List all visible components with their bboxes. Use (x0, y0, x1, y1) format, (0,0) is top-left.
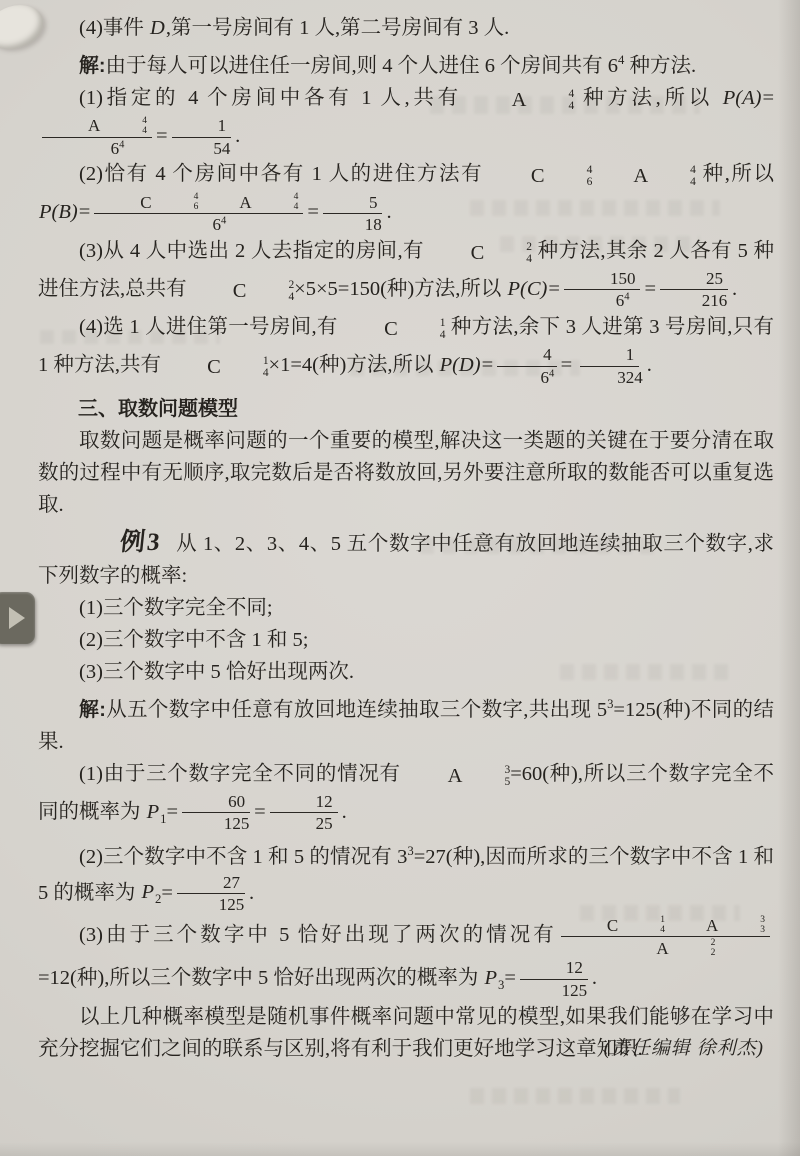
math-power: 64 (575, 291, 630, 311)
math-supsub: C14 (343, 313, 445, 345)
text-run: . (342, 801, 347, 823)
math-fraction: 25216 (660, 269, 728, 311)
text-run: = (167, 801, 179, 823)
paragraph: 取数问题是概率问题的一个重要的模型,解决这一类题的关键在于要分清在取数的过程中有… (38, 425, 774, 521)
math-variable: P(B) (38, 201, 79, 223)
math-fraction: 12125 (520, 958, 588, 1000)
math-base: P (146, 801, 161, 823)
math-base: A (198, 193, 251, 213)
math-supsub: C46 (490, 160, 592, 192)
math-subscript: 4 (485, 253, 532, 265)
math-superscript: 4 (101, 116, 147, 126)
fraction-denominator: 54 (172, 138, 230, 159)
math-supsub: C14 (566, 915, 665, 935)
math-fraction: 464 (497, 345, 557, 387)
fraction-numerator: 60 (182, 792, 250, 814)
page-bottom-shadow (0, 1142, 800, 1156)
fraction-numerator: 27 (177, 873, 245, 895)
math-base: 6 (540, 368, 549, 387)
math-supsub: A44 (198, 192, 298, 212)
text-run: 种,所以 (696, 163, 774, 185)
text-run: . (249, 881, 254, 903)
fraction-denominator: 125 (521, 980, 588, 1001)
math-base: A (592, 160, 648, 192)
text-run: = (307, 201, 319, 223)
math-supsub: C24 (430, 237, 532, 269)
math-superscript: 4 (527, 88, 574, 100)
text-run: 从五个数字中任意有放回地连续抽取三个数字,共出现 (106, 699, 597, 721)
fraction-numerator: C14A33 (561, 915, 770, 937)
text-run: =12(种),所以三个数字中 5 恰好出现两次的概率为 (38, 967, 483, 989)
text-run: . (386, 201, 391, 223)
math-base: C (566, 916, 618, 936)
math-superscript: 4 (119, 139, 124, 150)
math-subscript: 4 (649, 176, 696, 188)
math-supsub: A35 (407, 760, 511, 792)
text-run: 由于每人可以进住任一房间,则 4 个人进住 6 个房间共有 (106, 55, 608, 77)
text-run: 324 (576, 368, 643, 388)
paragraph: (2)三个数字中不含 1 和 5 的情况有 33=27(种),因而所求的三个数字… (38, 835, 774, 916)
text-run: 1 (177, 116, 227, 136)
math-superscript: 4 (546, 164, 593, 176)
math-subscript: 6 (153, 202, 199, 212)
math-superscript: 3 (463, 764, 510, 776)
math-subscript: 4 (399, 329, 446, 341)
text-run: = (548, 278, 560, 300)
math-base: A (47, 116, 100, 136)
math-subscripted: P1 (146, 801, 167, 823)
math-subscript: 4 (222, 367, 269, 379)
math-subscript: 3 (719, 925, 765, 935)
fraction-numerator: 25 (660, 269, 728, 291)
math-fraction: 60125 (182, 792, 250, 834)
text-run: 12 (275, 792, 333, 812)
paragraph: (1)指定的 4 个房间中各有 1 人,共有 A44 种方法,所以 P(A)=A… (38, 82, 774, 159)
text-run: 三、取数问题模型 (78, 398, 238, 420)
paragraph: 解:由于每人可以进住任一房间,则 4 个人进住 6 个房间共有 64 种方法. (38, 44, 774, 82)
supsub-column: 44 (101, 116, 147, 136)
math-variable: D (149, 17, 166, 39)
math-supsub: A33 (665, 915, 765, 935)
fraction-numerator: 1 (580, 345, 640, 367)
math-variable: P(D) (439, 354, 482, 376)
text-run: ×5×5=150(种)方法,所以 (294, 278, 506, 300)
text-run: = (156, 125, 168, 147)
fraction-denominator: 64 (70, 138, 125, 159)
math-base: C (99, 193, 151, 213)
text-run: . (235, 125, 240, 147)
math-power: 64 (171, 215, 226, 235)
supsub-column: 14 (222, 355, 269, 379)
math-base: 6 (111, 139, 120, 158)
math-supsub: A44 (471, 84, 575, 116)
math-superscript: 4 (221, 216, 226, 227)
math-subscript: 2 (670, 948, 716, 958)
fraction-denominator: A22 (615, 937, 715, 958)
math-subscript: 4 (253, 202, 299, 212)
paragraph: 解:从五个数字中任意有放回地连续抽取三个数字,共出现 53=125(种)不同的结… (38, 688, 774, 758)
math-variable: P(A) (722, 87, 763, 109)
math-fraction: 154 (172, 116, 232, 158)
fraction-denominator: 324 (576, 367, 643, 388)
text-run: 取数问题是概率问题的一个重要的模型,解决这一类题的关键在于要分清在取数的过程中有… (38, 430, 774, 516)
text-run: . (592, 967, 597, 989)
math-supsub: C24 (192, 275, 294, 307)
math-base: C (343, 313, 398, 345)
supsub-column: 46 (546, 164, 593, 188)
supsub-column: 24 (247, 279, 294, 303)
text-run: 216 (661, 291, 728, 311)
math-superscript: 4 (253, 192, 299, 202)
text-run: 5 (328, 193, 378, 213)
text-run: (2)三个数字中不含 1 和 5 的情况有 (79, 846, 397, 868)
math-superscript: 1 (399, 317, 446, 329)
math-subscript: 4 (101, 126, 147, 136)
text-run: (4)选 1 人进住第一号房间,有 (79, 316, 343, 338)
math-superscript: 2 (247, 279, 294, 291)
text-run: 种方法. (624, 55, 696, 77)
math-supsub: C46 (99, 192, 198, 212)
math-supsub: A22 (615, 938, 715, 958)
math-fraction: 1324 (576, 345, 643, 387)
text-run: = (762, 87, 774, 109)
paragraphs: (4)事件 D,第一号房间有 1 人,第二号房间有 3 人.解:由于每人可以进住… (38, 12, 774, 1065)
math-supsub: A44 (592, 160, 696, 192)
math-power: 53 (597, 699, 614, 721)
supsub-column: 44 (253, 192, 299, 212)
math-base: C (192, 275, 247, 307)
math-superscript: 2 (670, 938, 716, 948)
side-marker-icon (0, 592, 35, 644)
supsub-column: 35 (463, 764, 510, 788)
math-subscript: 4 (247, 291, 294, 303)
text-run: (3)由于三个数字中 5 恰好出现了两次的情况有 (79, 925, 557, 947)
math-subscripted: P3 (483, 967, 504, 989)
paragraph: (1)由于三个数字完全不同的情况有 A35=60(种),所以三个数字完全不同的概… (38, 758, 774, 835)
text-run: (1)由于三个数字完全不同的情况有 (79, 763, 407, 785)
math-superscript: 4 (549, 368, 554, 379)
text-run: (3)从 4 人中选出 2 人去指定的房间,有 (79, 240, 430, 262)
fraction-numerator: 150 (564, 269, 641, 291)
text-run: 125 (183, 814, 250, 834)
text-run: . (732, 278, 737, 300)
math-power: 64 (70, 139, 125, 159)
fraction-denominator: 216 (661, 290, 728, 311)
supsub-column: 24 (485, 241, 532, 265)
math-fraction: 518 (323, 193, 383, 235)
math-base: 6 (212, 215, 221, 234)
text-run: = (254, 801, 266, 823)
bold-text-run: 解: (79, 699, 106, 721)
text-run: = (79, 201, 91, 223)
math-subscript: 4 (619, 925, 665, 935)
supsub-column: 14 (399, 317, 446, 341)
text-run: (4)事件 (79, 17, 149, 39)
text-run: 25 (665, 269, 723, 289)
page-edge-shadow (778, 0, 800, 1156)
text-run: 25 (275, 814, 333, 834)
text-run: 1 (585, 345, 635, 365)
text-run: . (647, 354, 652, 376)
supsub-column: 33 (719, 915, 765, 935)
math-base: C (490, 160, 545, 192)
paragraph: (2)恰有 4 个房间中各有 1 人的进住方法有 C46A44 种,所以 P(B… (38, 158, 774, 235)
text-run: 种方法,所以 (574, 87, 722, 109)
text-run: = (482, 354, 494, 376)
math-superscript: 4 (649, 164, 696, 176)
text-run: 18 (324, 215, 382, 235)
supsub-column: 44 (527, 88, 574, 112)
paragraph: (3)从 4 人中选出 2 人去指定的房间,有 C24 种方法,其余 2 人各有… (38, 235, 774, 311)
bleedthrough-artifact (470, 1088, 680, 1104)
supsub-column: 46 (153, 192, 199, 212)
text-run: (1)指定的 4 个房间中各有 1 人,共有 (79, 87, 471, 109)
paragraph: (1)三个数字完全不同; (38, 592, 774, 624)
math-superscript: 1 (619, 915, 665, 925)
text-run: (3)三个数字中 5 恰好出现两次. (79, 661, 354, 683)
math-base: A (615, 939, 668, 959)
fraction-numerator: A44 (42, 116, 152, 138)
text-run: 125 (178, 895, 245, 915)
text-run: = (561, 354, 573, 376)
fraction-denominator: 125 (183, 813, 250, 834)
text-run: 54 (172, 139, 230, 159)
fraction-numerator: 1 (172, 116, 232, 138)
fraction-denominator: 25 (275, 813, 333, 834)
math-superscript: 1 (222, 355, 269, 367)
text-run: 4 (502, 345, 552, 365)
math-superscript: 3 (719, 915, 765, 925)
fraction-denominator: 125 (178, 894, 245, 915)
example-label: 例3 (77, 527, 163, 559)
bold-text-run: 解: (79, 55, 106, 77)
math-base: P (141, 881, 156, 903)
text-run: 12 (525, 958, 583, 978)
math-subscript: 5 (463, 776, 510, 788)
text-run: (2)恰有 4 个房间中各有 1 人的进住方法有 (79, 163, 490, 185)
fraction-denominator: 64 (575, 290, 630, 311)
math-fraction: 1225 (270, 792, 338, 834)
supsub-column: 44 (649, 164, 696, 188)
paragraph: (4)事件 D,第一号房间有 1 人,第二号房间有 3 人. (38, 12, 774, 44)
supsub-column: 14 (619, 915, 665, 935)
paragraph: (4)选 1 人进住第一号房间,有 C14 种方法,余下 3 人进第 3 号房间… (38, 311, 774, 387)
fraction-denominator: 64 (499, 367, 554, 388)
math-base: A (471, 84, 527, 116)
math-subscript: 4 (527, 100, 574, 112)
text-run: = (644, 278, 656, 300)
math-base: C (166, 351, 221, 383)
text-run: 125 (521, 981, 588, 1001)
math-fraction: 27125 (177, 873, 245, 915)
text-run: 150 (569, 269, 636, 289)
math-subscripted: P2 (141, 881, 162, 903)
math-variable: P(C) (507, 278, 549, 300)
fraction-numerator: 12 (270, 792, 338, 814)
math-power: 33 (397, 846, 414, 868)
scanned-page: (4)事件 D,第一号房间有 1 人,第二号房间有 3 人.解:由于每人可以进住… (0, 0, 800, 1156)
paragraph: 例3从 1、2、3、4、5 五个数字中任意有放回地连续抽取三个数字,求下列数字的… (38, 527, 774, 592)
math-fraction: C46A4464 (94, 192, 303, 235)
fraction-numerator: C46A44 (94, 192, 303, 214)
text-run: ×1=4(种)方法,所以 (269, 354, 439, 376)
editor-credit-text: (责任编辑 徐利杰) (604, 1038, 764, 1059)
math-power: 64 (608, 55, 625, 77)
math-base: A (665, 916, 718, 936)
math-fraction: 15064 (564, 269, 641, 311)
math-base: C (430, 237, 485, 269)
fraction-denominator: 64 (171, 214, 226, 235)
math-base: A (407, 760, 463, 792)
paragraph: 三、取数问题模型 (38, 393, 774, 425)
fraction-numerator: 12 (520, 958, 588, 980)
math-supsub: A44 (47, 116, 147, 136)
right-triangle-icon (9, 607, 25, 629)
math-power: 64 (499, 368, 554, 388)
math-base: 5 (597, 699, 607, 721)
text-run: (2)三个数字中不含 1 和 5; (79, 629, 308, 651)
math-superscript: 4 (624, 292, 629, 303)
math-subscript: 6 (546, 176, 593, 188)
document-body: (4)事件 D,第一号房间有 1 人,第二号房间有 3 人.解:由于每人可以进住… (38, 12, 774, 1065)
text-run: 60 (187, 792, 245, 812)
text-run: (1)三个数字完全不同; (79, 597, 273, 619)
text-run: 27 (182, 873, 240, 893)
math-base: P (483, 967, 498, 989)
math-base: 3 (397, 846, 407, 868)
fraction-denominator: 18 (324, 214, 382, 235)
supsub-column: 22 (670, 938, 716, 958)
fraction-numerator: 4 (497, 345, 557, 367)
paragraph: (3)三个数字中 5 恰好出现两次. (38, 656, 774, 688)
math-base: 6 (608, 55, 618, 77)
math-superscript: 2 (485, 241, 532, 253)
math-superscript: 4 (153, 192, 199, 202)
math-supsub: C14 (166, 351, 268, 383)
text-run: = (504, 967, 516, 989)
paragraph: (3)由于三个数字中 5 恰好出现了两次的情况有C14A33A22=12(种),… (38, 915, 774, 1001)
math-fraction: C14A33A22 (561, 915, 770, 958)
paragraph: (2)三个数字中不含 1 和 5; (38, 624, 774, 656)
math-fraction: A4464 (42, 116, 152, 159)
fraction-numerator: 5 (323, 193, 383, 215)
text-run: ,第一号房间有 1 人,第二号房间有 3 人. (166, 17, 509, 39)
text-run: = (161, 881, 173, 903)
